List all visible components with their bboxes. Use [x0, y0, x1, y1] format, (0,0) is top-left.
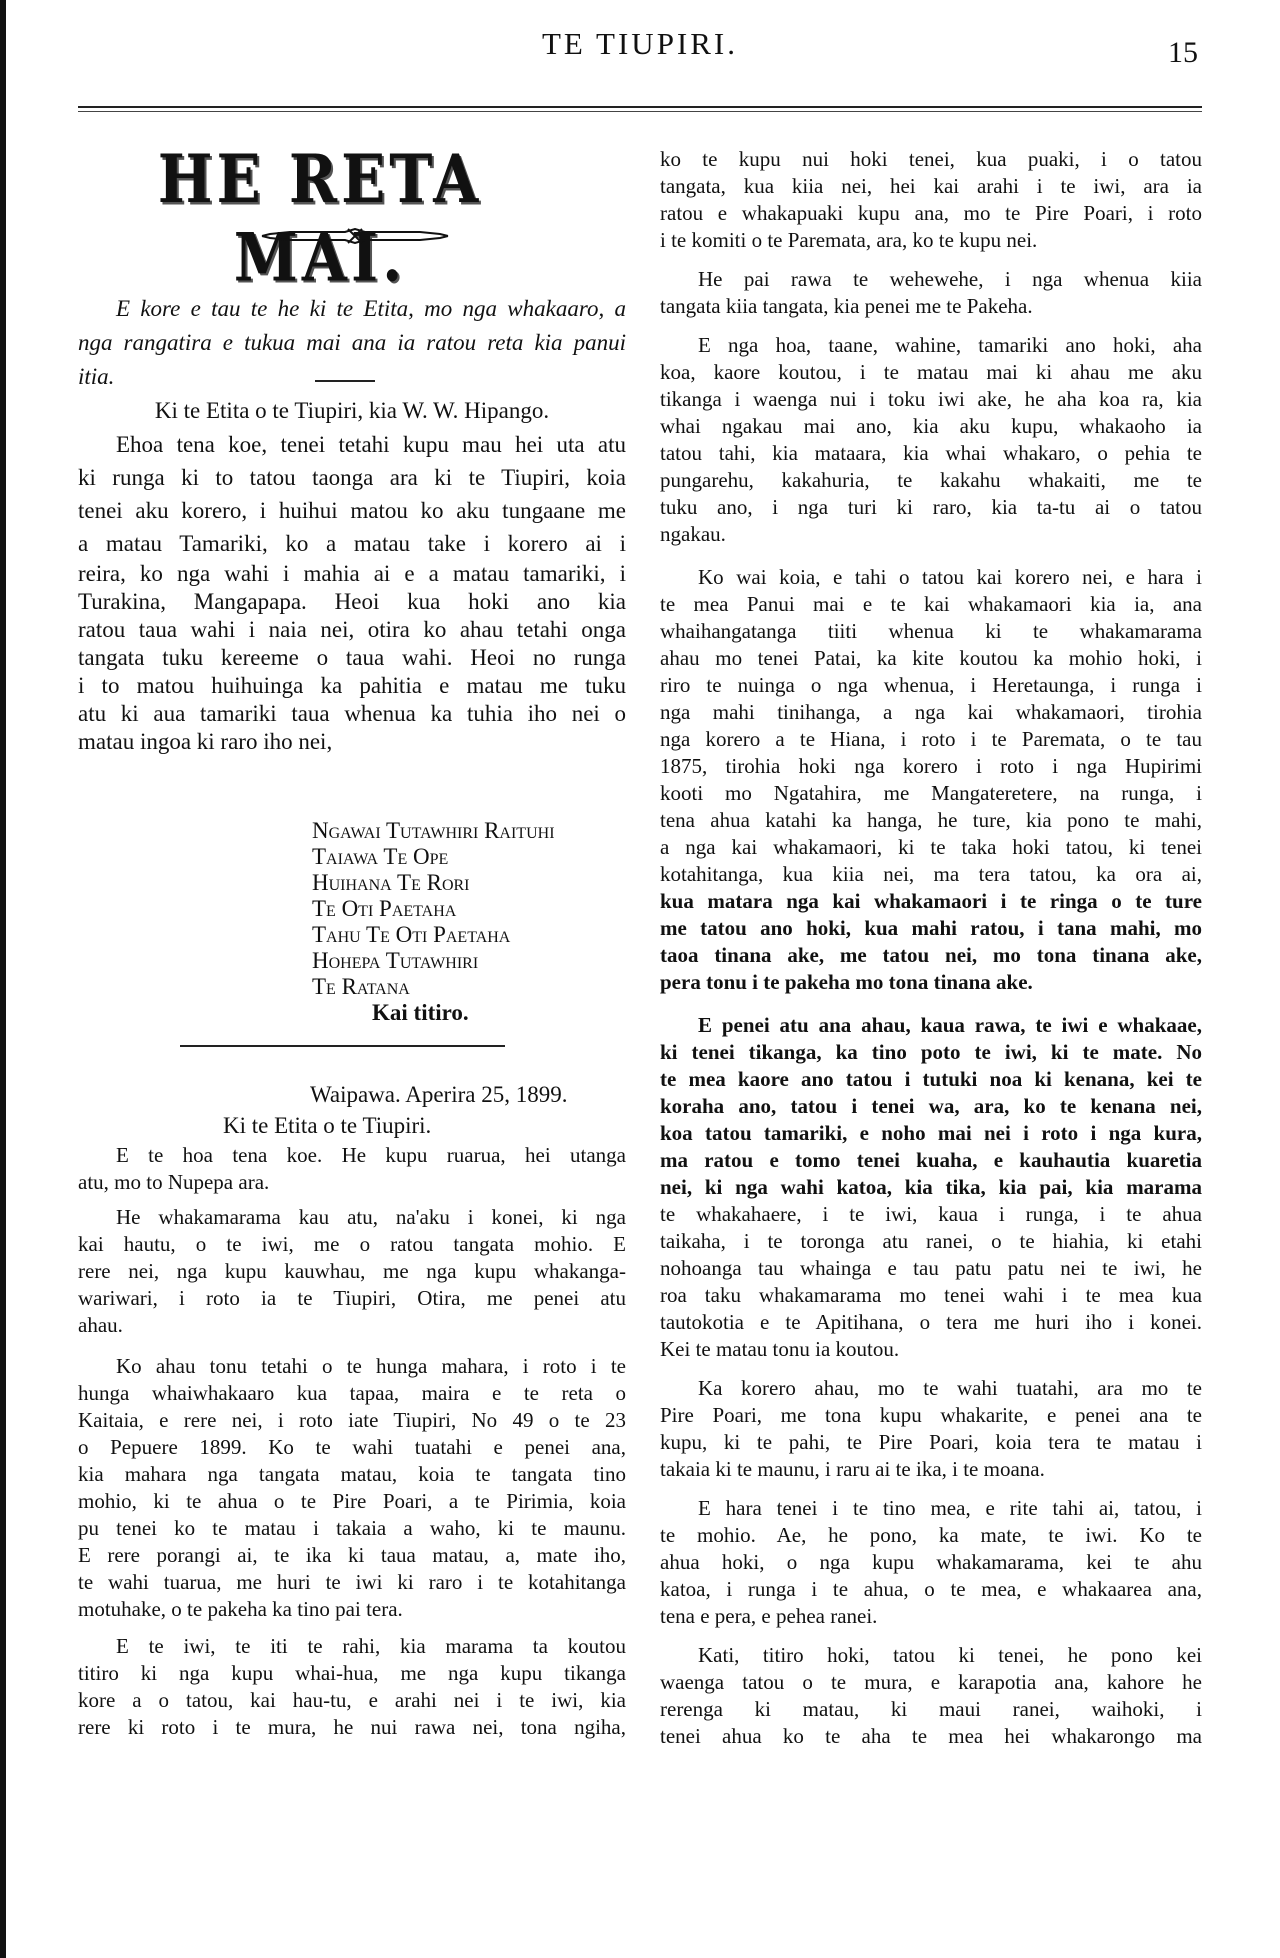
- text-line: E hara tenei i te tino mea, e rite tahi …: [660, 1495, 1202, 1522]
- witness-label: Kai titiro.: [372, 1000, 469, 1026]
- text-line: Ehoa tena koe, tenei tetahi kupu mau hei…: [78, 428, 626, 461]
- text-line: tikanga i waenga nui i toku iwi ake, he …: [660, 386, 1202, 413]
- text-line: ahau.: [78, 1312, 626, 1339]
- text-line: takaia ki te maunu, i raru ai te ika, i …: [660, 1456, 1202, 1483]
- text-line: rerenga ki matau, ki maui ranei, waihoki…: [660, 1696, 1202, 1723]
- text-line: nohoanga tau whainga e tau patu patu nei…: [660, 1255, 1202, 1282]
- paragraph: E te iwi, te iti te rahi, kia marama ta …: [78, 1633, 626, 1741]
- text-line: pu tenei ko te matau i takaia a waho, ki…: [78, 1515, 626, 1542]
- text-line: kooti mo Ngatahira, me Mangateretere, na…: [660, 780, 1202, 807]
- text-line: i te komiti o te Paremata, ara, ko te ku…: [660, 227, 1202, 254]
- section-title: HE RETA MAI.: [150, 140, 490, 296]
- text-line: ko te kupu nui hoki tenei, kua puaki, i …: [660, 146, 1202, 173]
- text-line: kotahitanga, kua kiia nei, ma tera tatou…: [660, 861, 1202, 888]
- text-line: titiro ki nga kupu whai-hua, me nga kupu…: [78, 1660, 626, 1687]
- text-line: nga rangatira e tukua mai ana ia ratou r…: [78, 326, 626, 360]
- text-line: Kei te matau tonu ia koutou.: [660, 1336, 1202, 1363]
- text-line: tuku ano, i nga turi ki raro, kia ta-tu …: [660, 494, 1202, 521]
- letter-2-salutation: Ki te Etita o te Tiupiri.: [78, 1110, 626, 1142]
- text-line: i to matou huihuinga ka pahitia e matau …: [78, 672, 626, 700]
- text-line: He whakamarama kau atu, na'aku i konei, …: [78, 1204, 626, 1231]
- text-line: motuhake, o te pakeha ka tino pai tera.: [78, 1596, 626, 1623]
- text-line: kai hautu, o te iwi, me o ratou tangata …: [78, 1231, 626, 1258]
- letter-1-paragraph: Ehoa tena koe, tenei tetahi kupu mau hei…: [78, 428, 626, 756]
- paragraph: He whakamarama kau atu, na'aku i konei, …: [78, 1204, 626, 1339]
- text-line: whai ngakau mai ano, kia aku kupu, whaka…: [660, 413, 1202, 440]
- paragraph: E nga hoa, taane, wahine, tamariki ano h…: [660, 332, 1202, 548]
- text-line: ngakau.: [660, 521, 1202, 548]
- text-line: Turakina, Mangapapa. Heoi kua hoki ano k…: [78, 588, 626, 616]
- text-line: tautokotia e te Apitihana, o tera me hur…: [660, 1309, 1202, 1336]
- paragraph: E penei atu ana ahau, kaua rawa, te iwi …: [660, 1012, 1202, 1363]
- text-line: rere nei, nga kupu kauwhau, me nga kupu …: [78, 1258, 626, 1285]
- text-line: matau ingoa ki raro iho nei,: [78, 728, 626, 756]
- text-line: riro te nuinga o nga whenua, i Heretaung…: [660, 672, 1202, 699]
- text-line: te wahi tuarua, me huri te iwi ki raro i…: [78, 1569, 626, 1596]
- text-line: ahua hoki, o nga kupu whakamarama, kei t…: [660, 1549, 1202, 1576]
- text-line: hunga whaiwhakaaro kua tapaa, maira e te…: [78, 1380, 626, 1407]
- text-line: o Pepuere 1899. Ko te wahi tuatahi e pen…: [78, 1434, 626, 1461]
- text-line: te whakahaere, i te iwi, kaua i runga, i…: [660, 1201, 1202, 1228]
- text-line: te mea Panui mai e te kai whakamaori kia…: [660, 591, 1202, 618]
- paragraph: E te hoa tena koe. He kupu ruarua, hei u…: [78, 1142, 626, 1196]
- text-line: taikaha, i te toronga atu ranei, o te hi…: [660, 1228, 1202, 1255]
- text-line: tena ahua katahi ka hanga, he ture, kia …: [660, 807, 1202, 834]
- letter-1-salutation: Ki te Etita o te Tiupiri, kia W. W. Hipa…: [78, 394, 626, 428]
- text-line: E nga hoa, taane, wahine, tamariki ano h…: [660, 332, 1202, 359]
- text-line: ahau mo tenei Patai, ka kite koutou ka m…: [660, 645, 1202, 672]
- text-line: nga korero a te Hiana, i roto i te Parem…: [660, 726, 1202, 753]
- scan-edge-bar: [0, 0, 6, 1958]
- text-line: Ko wai koia, e tahi o tatou kai korero n…: [660, 564, 1202, 591]
- text-line: ratou e whakapuaki kupu ana, mo te Pire …: [660, 200, 1202, 227]
- signatory: Te Oti Paetaha: [312, 896, 456, 922]
- section-divider: [315, 380, 375, 382]
- text-line: tena e pera, e pehea ranei.: [660, 1603, 1202, 1630]
- text-line: ki tenei tikanga, ka tino poto te iwi, k…: [660, 1039, 1202, 1066]
- decorative-rule-ornament-icon: [260, 228, 450, 244]
- page-number: 15: [1168, 36, 1198, 70]
- paragraph: Kati, titiro hoki, tatou ki tenei, he po…: [660, 1642, 1202, 1750]
- text-line: E rere porangi ai, te ika ki taua matau,…: [78, 1542, 626, 1569]
- text-line: mohio, ki te ahua o te Pire Poari, a te …: [78, 1488, 626, 1515]
- letter-2: Waipawa. Aperira 25, 1899. Ki te Etita o…: [78, 1080, 626, 1741]
- text-line: reira, ko nga wahi i mahia ai e a matau …: [78, 560, 626, 588]
- signatory: Ngawai Tutawhiri Raituhi: [312, 818, 555, 844]
- text-line: 1875, tirohia hoki nga korero i roto i n…: [660, 753, 1202, 780]
- text-line: nei, ki nga wahi katoa, kia tika, kia pa…: [660, 1174, 1202, 1201]
- text-line: tangata, kua kiia nei, hei kai arahi i t…: [660, 173, 1202, 200]
- text-line: a nga kai whakamaori, ki te taka hoki ta…: [660, 834, 1202, 861]
- text-line: E te iwi, te iti te rahi, kia marama ta …: [78, 1633, 626, 1660]
- signatory: Huihana Te Rori: [312, 870, 470, 896]
- running-head: TE TIUPIRI.: [0, 26, 1280, 62]
- text-line: ratou taua wahi i naia nei, otira ko aha…: [78, 616, 626, 644]
- text-line: ma ratou e tomo tenei kuaha, e kauhautia…: [660, 1147, 1202, 1174]
- editor-disclaimer: E kore e tau te he ki te Etita, mo nga w…: [78, 292, 626, 394]
- text-line: pera tonu i te pakeha mo tona tinana ake…: [660, 969, 1202, 996]
- text-line: me tatou ano hoki, kua mahi ratou, i tan…: [660, 915, 1202, 942]
- text-line: katoa, i runga i te ahua, o te mea, e wh…: [660, 1576, 1202, 1603]
- text-line: koa, kaore koutou, i te matau mai ki aha…: [660, 359, 1202, 386]
- paragraph: He pai rawa te wehewehe, i nga whenua ki…: [660, 266, 1202, 320]
- text-line: E kore e tau te he ki te Etita, mo nga w…: [78, 292, 626, 326]
- paragraph: E hara tenei i te tino mea, e rite tahi …: [660, 1495, 1202, 1630]
- text-line: whaihangatanga tiiti whenua ki te whakam…: [660, 618, 1202, 645]
- text-line: itia.: [78, 360, 626, 394]
- letter-1: Ki te Etita o te Tiupiri, kia W. W. Hipa…: [78, 394, 626, 756]
- text-line: kupu, ki te pahi, te Pire Poari, koia te…: [660, 1429, 1202, 1456]
- text-line: He pai rawa te wehewehe, i nga whenua ki…: [660, 266, 1202, 293]
- letter-divider: [180, 1045, 505, 1047]
- text-line: a matau Tamariki, ko a matau take i kore…: [78, 527, 626, 560]
- text-line: te mohio. Ae, he pono, ka mate, te iwi. …: [660, 1522, 1202, 1549]
- text-line: tangata tuku kereeme o taua wahi. Heoi n…: [78, 644, 626, 672]
- text-line: E te hoa tena koe. He kupu ruarua, hei u…: [78, 1142, 626, 1169]
- text-line: te mea kaore ano tatou i tutuki noa ki k…: [660, 1066, 1202, 1093]
- text-line: wariwari, i roto ia te Tiupiri, Otira, m…: [78, 1285, 626, 1312]
- signatory: Taiawa Te Ope: [312, 844, 448, 870]
- text-line: taoa tinana ake, me tatou nei, mo tona t…: [660, 942, 1202, 969]
- text-line: Ka korero ahau, mo te wahi tuatahi, ara …: [660, 1375, 1202, 1402]
- header-double-rule: [78, 106, 1202, 112]
- paragraph: Ka korero ahau, mo te wahi tuatahi, ara …: [660, 1375, 1202, 1483]
- text-line: kia mahara nga tangata matau, koia te ta…: [78, 1461, 626, 1488]
- text-line: tenei ahua ko te aha te mea hei whakaron…: [660, 1723, 1202, 1750]
- text-line: Ko ahau tonu tetahi o te hunga mahara, i…: [78, 1353, 626, 1380]
- paragraph: Ko wai koia, e tahi o tatou kai korero n…: [660, 564, 1202, 996]
- text-line: ki runga ki to tatou taonga ara ki te Ti…: [78, 461, 626, 494]
- text-line: tatou tahi, kia mataara, kia whai whakar…: [660, 440, 1202, 467]
- text-line: Kaitaia, e rere nei, i roto iate Tiupiri…: [78, 1407, 626, 1434]
- text-line: kore a o tatou, kai hau-tu, e arahi nei …: [78, 1687, 626, 1714]
- text-line: pungarehu, kakahuria, te kakahu whakaiti…: [660, 467, 1202, 494]
- paragraph: Ko ahau tonu tetahi o te hunga mahara, i…: [78, 1353, 626, 1623]
- text-line: tangata kiia tangata, kia penei me te Pa…: [660, 293, 1202, 320]
- text-line: atu, mo to Nupepa ara.: [78, 1169, 626, 1196]
- right-column: ko te kupu nui hoki tenei, kua puaki, i …: [660, 146, 1202, 1750]
- text-line: rere ki roto i te mura, he nui rawa nei,…: [78, 1714, 626, 1741]
- signatory: Hohepa Tutawhiri: [312, 948, 478, 974]
- text-line: atu ki aua tamariki taua whenua ka tuhia…: [78, 700, 626, 728]
- text-line: waenga tatou o te mura, e karapotia ana,…: [660, 1669, 1202, 1696]
- text-line: Pire Poari, me tona kupu whakarite, e pe…: [660, 1402, 1202, 1429]
- letter-2-dateline: Waipawa. Aperira 25, 1899.: [78, 1080, 626, 1110]
- text-line: nga mahi tinihanga, a nga kai whakamaori…: [660, 699, 1202, 726]
- text-line: tenei aku korero, i huihui matou ko aku …: [78, 494, 626, 527]
- text-line: roa taku whakamarama mo tenei wahi i te …: [660, 1282, 1202, 1309]
- text-line: Kati, titiro hoki, tatou ki tenei, he po…: [660, 1642, 1202, 1669]
- text-line: koa tatou tamariki, e noho mai nei i rot…: [660, 1120, 1202, 1147]
- signatory: Te Ratana: [312, 974, 410, 1000]
- signatory: Tahu Te Oti Paetaha: [312, 922, 510, 948]
- paragraph: ko te kupu nui hoki tenei, kua puaki, i …: [660, 146, 1202, 254]
- text-line: E penei atu ana ahau, kaua rawa, te iwi …: [660, 1012, 1202, 1039]
- text-line: kua matara nga kai whakamaori i te ringa…: [660, 888, 1202, 915]
- text-line: koraha ano, tatou i tenei wa, ara, ko te…: [660, 1093, 1202, 1120]
